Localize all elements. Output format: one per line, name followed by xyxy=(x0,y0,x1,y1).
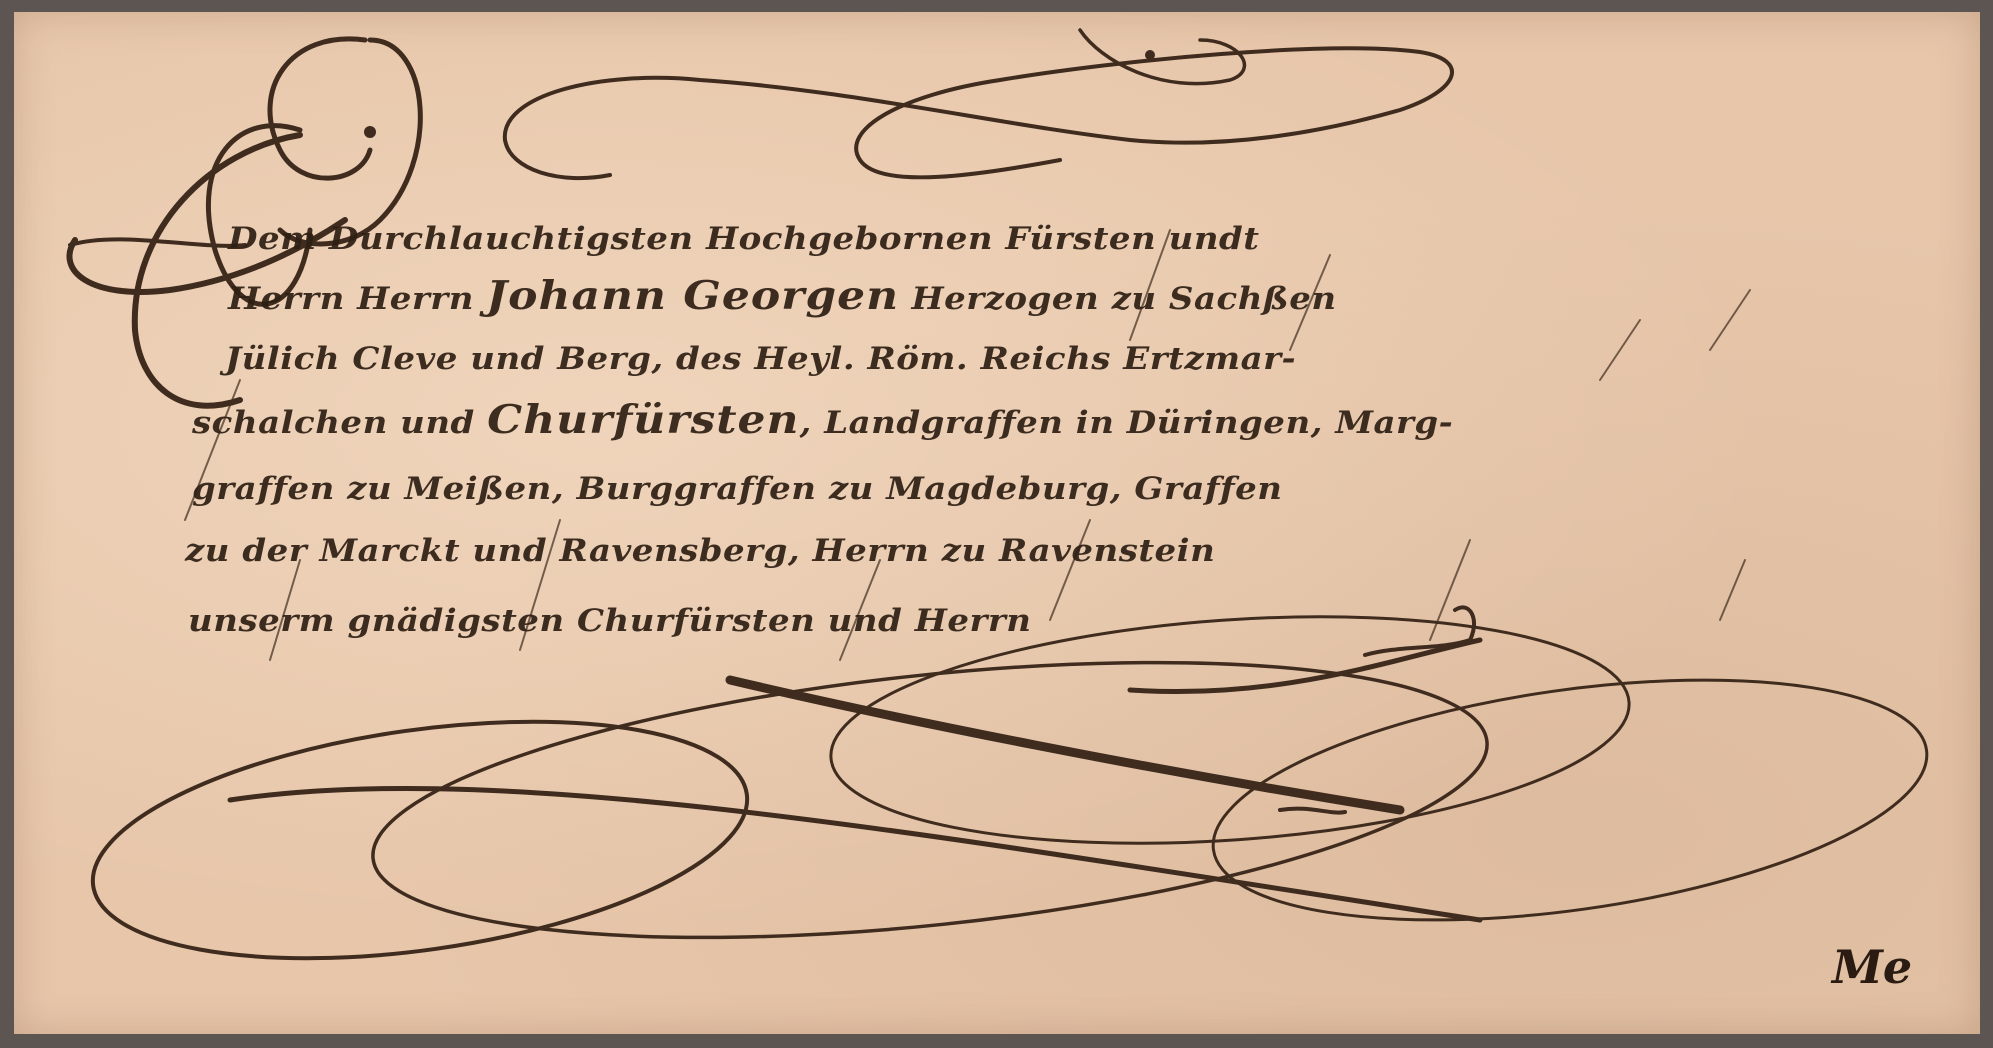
address-line-1: Dem Durchlauchtigsten Hochgebornen Fürst… xyxy=(228,213,1260,259)
address-text: , Landgraffen in Düringen, Marg- xyxy=(800,405,1454,441)
bottom-flourish xyxy=(78,592,1942,994)
address-line-4: schalchen und Churfürsten, Landgraffen i… xyxy=(192,397,1453,443)
address-line-6: zu der Marckt und Ravensberg, Herrn zu R… xyxy=(185,525,1215,571)
address-emphasis: Johann Georgen xyxy=(486,273,899,319)
address-text: Herrn xyxy=(902,603,1031,639)
address-line-5: graffen zu Meißen, Burggraffen zu Magdeb… xyxy=(192,463,1283,509)
calligraphic-flourishes xyxy=(0,0,1993,1048)
address-text: Herrn Herrn xyxy=(228,281,486,317)
address-text: Dem Durchlauchtigsten Hochgebornen Fürst… xyxy=(228,221,1260,257)
corner-docket-mark: Me xyxy=(1832,940,1912,994)
top-flourish xyxy=(505,48,1452,177)
address-text: schalchen und xyxy=(192,405,487,441)
address-text: zu der Marckt und Ravensberg, Herrn zu R… xyxy=(185,533,1215,569)
address-line-2: Herrn Herrn Johann Georgen Herzogen zu S… xyxy=(228,273,1337,319)
address-text: Herzogen zu Sachßen xyxy=(899,281,1337,317)
address-text: unserm gnädigsten Churfürsten und xyxy=(188,603,902,639)
herrn-swash xyxy=(1365,607,1474,655)
address-emphasis: Churfürsten xyxy=(487,397,799,443)
address-text: graffen zu Meißen, Burggraffen zu Magdeb… xyxy=(192,471,1283,507)
address-line-7: unserm gnädigsten Churfürsten und Herrn xyxy=(188,595,1032,641)
address-text: Jülich Cleve und Berg, des Heyl. Röm. Re… xyxy=(225,341,1296,377)
address-line-3: Jülich Cleve und Berg, des Heyl. Röm. Re… xyxy=(225,333,1296,379)
